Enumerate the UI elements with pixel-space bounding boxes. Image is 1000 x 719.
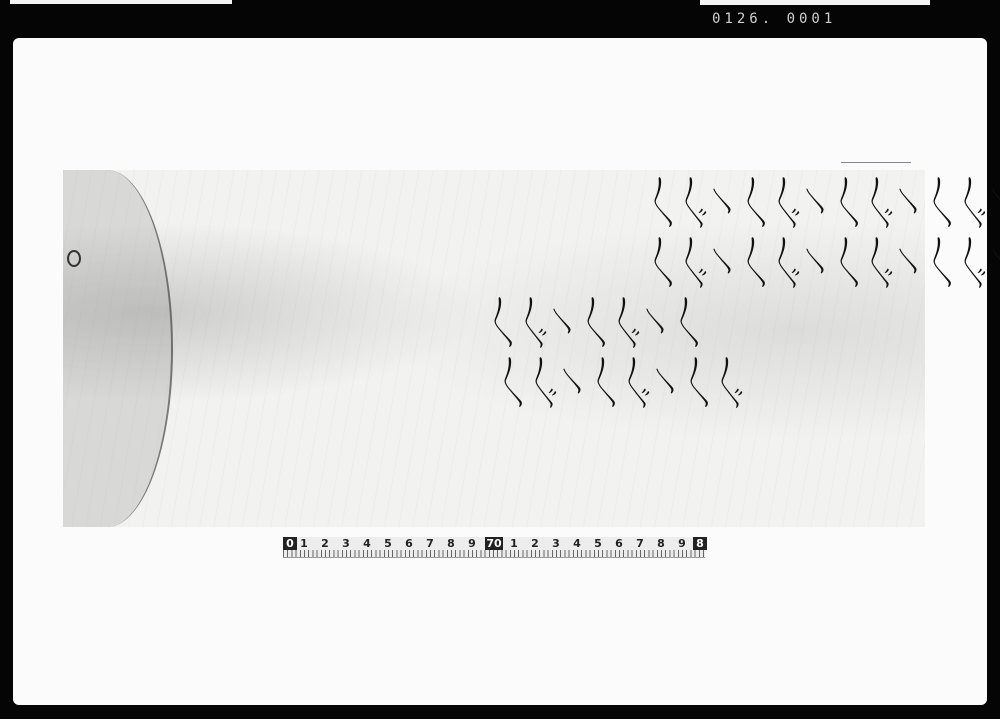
torn-paper-edge [63, 170, 173, 527]
ruler-label: 9 [676, 537, 688, 550]
ruler-label: 6 [403, 537, 415, 550]
ruler-ticks [283, 550, 705, 557]
ruler-label: 6 [613, 537, 625, 550]
ruler-label: 0 [283, 537, 297, 550]
text-column-1: 〱〲〳〱〲〳〱〲〳〱〲〳 [646, 184, 1000, 223]
ruler-label: 2 [319, 537, 331, 550]
ruler-label: 1 [298, 537, 310, 550]
film-edge-strip [10, 0, 232, 4]
ruler-label: 4 [571, 537, 583, 550]
scale-ruler: 0 1 2 3 4 5 6 7 8 9 70 1 2 3 4 5 6 7 8 9… [283, 537, 705, 558]
ruler-label: 3 [340, 537, 352, 550]
ruler-label: 9 [466, 537, 478, 550]
ruler-label: 5 [382, 537, 394, 550]
paper-tag-mark [841, 162, 911, 169]
film-label-strip [700, 0, 930, 5]
paper-hole [67, 250, 81, 267]
ruler-label: 8 [693, 537, 707, 550]
ruler-label: 8 [655, 537, 667, 550]
ruler-label: 2 [529, 537, 541, 550]
ruler-label: 3 [550, 537, 562, 550]
frame-number: 0126. 0001 [712, 11, 836, 27]
ruler-label: 1 [508, 537, 520, 550]
text-column-3: 〱〲〳〱〲〳〱 [486, 304, 703, 343]
ruler-label: 4 [361, 537, 373, 550]
text-column-2: 〱〲〳〱〲〳〱〲〳〱〲〳〱 [646, 244, 1000, 283]
ruler-label: 8 [445, 537, 457, 550]
ruler-label: 7 [424, 537, 436, 550]
ruler-label: 70 [485, 537, 503, 550]
ruler-label: 7 [634, 537, 646, 550]
ruler-label: 5 [592, 537, 604, 550]
text-column-4: 〱〲〳〱〲〳〱〲 [496, 364, 744, 403]
calligraphy-text: 〱〲〳〱〲〳〱〲〳〱〲〳 〱〲〳〱〲〳〱〲〳〱〲〳〱 〱〲〳〱〲〳〱 〱〲〳〱〲… [236, 205, 656, 435]
